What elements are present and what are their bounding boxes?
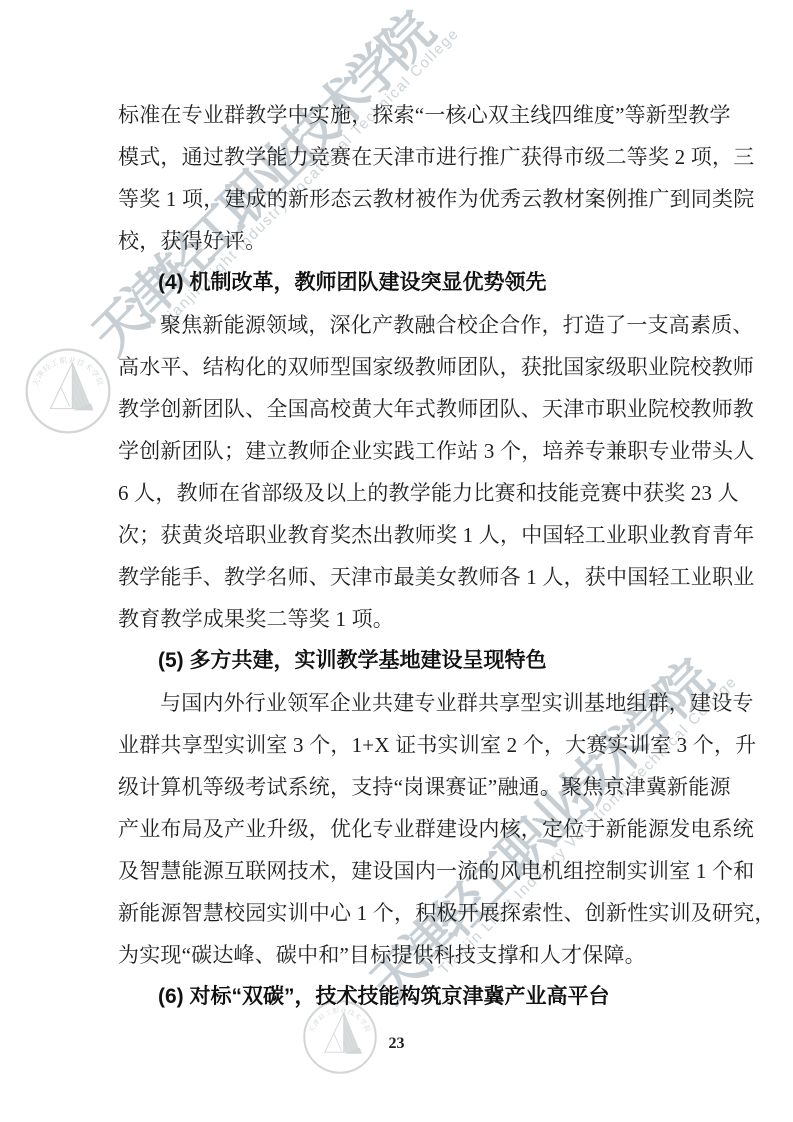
text-line: 为实现“碳达峰、碳中和”目标提供科技支撑和人才保障。 xyxy=(118,934,680,976)
text-line: 聚焦新能源领域，深化产教融合校企合作，打造了一支高素质、 xyxy=(118,304,680,346)
page-number: 23 xyxy=(0,1035,793,1053)
text-line: 教学能手、教学名师、天津市最美女教师各 1 人，获中国轻工业职业 xyxy=(118,556,680,598)
text-line: 与国内外行业领军企业共建专业群共享型实训基地组群，建设专 xyxy=(118,682,680,724)
seal-outer-ring xyxy=(27,350,110,433)
text-line: 及智慧能源互联网技术，建设国内一流的风电机组控制实训室 1 个和 xyxy=(118,850,680,892)
text-line: 新能源智慧校园实训中心 1 个，积极开展探索性、创新性实训及研究， xyxy=(118,892,680,934)
text-line: 等奖 1 项，建成的新形态云教材被作为优秀云教材案例推广到同类院 xyxy=(118,178,680,220)
section-heading: (5) 多方共建，实训教学基地建设呈现特色 xyxy=(118,640,680,682)
text-line: 产业布局及产业升级，优化专业群建设内核，定位于新能源发电系统 xyxy=(118,808,680,850)
text-line: 业群共享型实训室 3 个，1+X 证书实训室 2 个，大赛实训室 3 个，升 xyxy=(118,724,680,766)
paragraph: 聚焦新能源领域，深化产教融合校企合作，打造了一支高素质、高水平、结构化的双师型国… xyxy=(118,304,680,640)
section-heading: (4) 机制改革，教师团队建设突显优势领先 xyxy=(118,262,680,304)
paragraph: 与国内外行业领军企业共建专业群共享型实训基地组群，建设专业群共享型实训室 3 个… xyxy=(118,682,680,976)
seal-sail-emblem xyxy=(50,363,93,411)
document-page: 天津轻工职业技术学院 Tianjin Light Industry Vocati… xyxy=(0,0,793,1122)
text-line: 模式，通过教学能力竞赛在天津市进行推广获得市级二等奖 2 项，三 xyxy=(118,136,680,178)
college-seal-logo-1: 天津轻工职业技术学院 xyxy=(24,347,112,435)
text-line: 高水平、结构化的双师型国家级教师团队，获批国家级职业院校教师 xyxy=(118,346,680,388)
text-line: 级计算机等级考试系统，支持“岗课赛证”融通。聚焦京津冀新能源 xyxy=(118,766,680,808)
text-line: 校，获得好评。 xyxy=(118,220,680,262)
text-line: 学创新团队；建立教师企业实践工作站 3 个，培养专兼职专业带头人 xyxy=(118,430,680,472)
text-line: 教育教学成果奖二等奖 1 项。 xyxy=(118,598,680,640)
text-column: 标准在专业群教学中实施，探索“一核心双主线四维度”等新型教学模式，通过教学能力竞… xyxy=(118,94,680,1018)
text-line: 次；获黄炎培职业教育奖杰出教师奖 1 人，中国轻工业职业教育青年 xyxy=(118,514,680,556)
section-heading: (6) 对标“双碳”，技术技能构筑京津冀产业高平台 xyxy=(118,976,680,1018)
seal-arc-text: 天津轻工职业技术学院 xyxy=(31,355,106,388)
paragraph: 标准在专业群教学中实施，探索“一核心双主线四维度”等新型教学模式，通过教学能力竞… xyxy=(118,94,680,262)
text-line: 教学创新团队、全国高校黄大年式教师团队、天津市职业院校教师教 xyxy=(118,388,680,430)
text-line: 标准在专业群教学中实施，探索“一核心双主线四维度”等新型教学 xyxy=(118,94,680,136)
text-line: 6 人，教师在省部级及以上的教学能力比赛和技能竞赛中获奖 23 人 xyxy=(118,472,680,514)
